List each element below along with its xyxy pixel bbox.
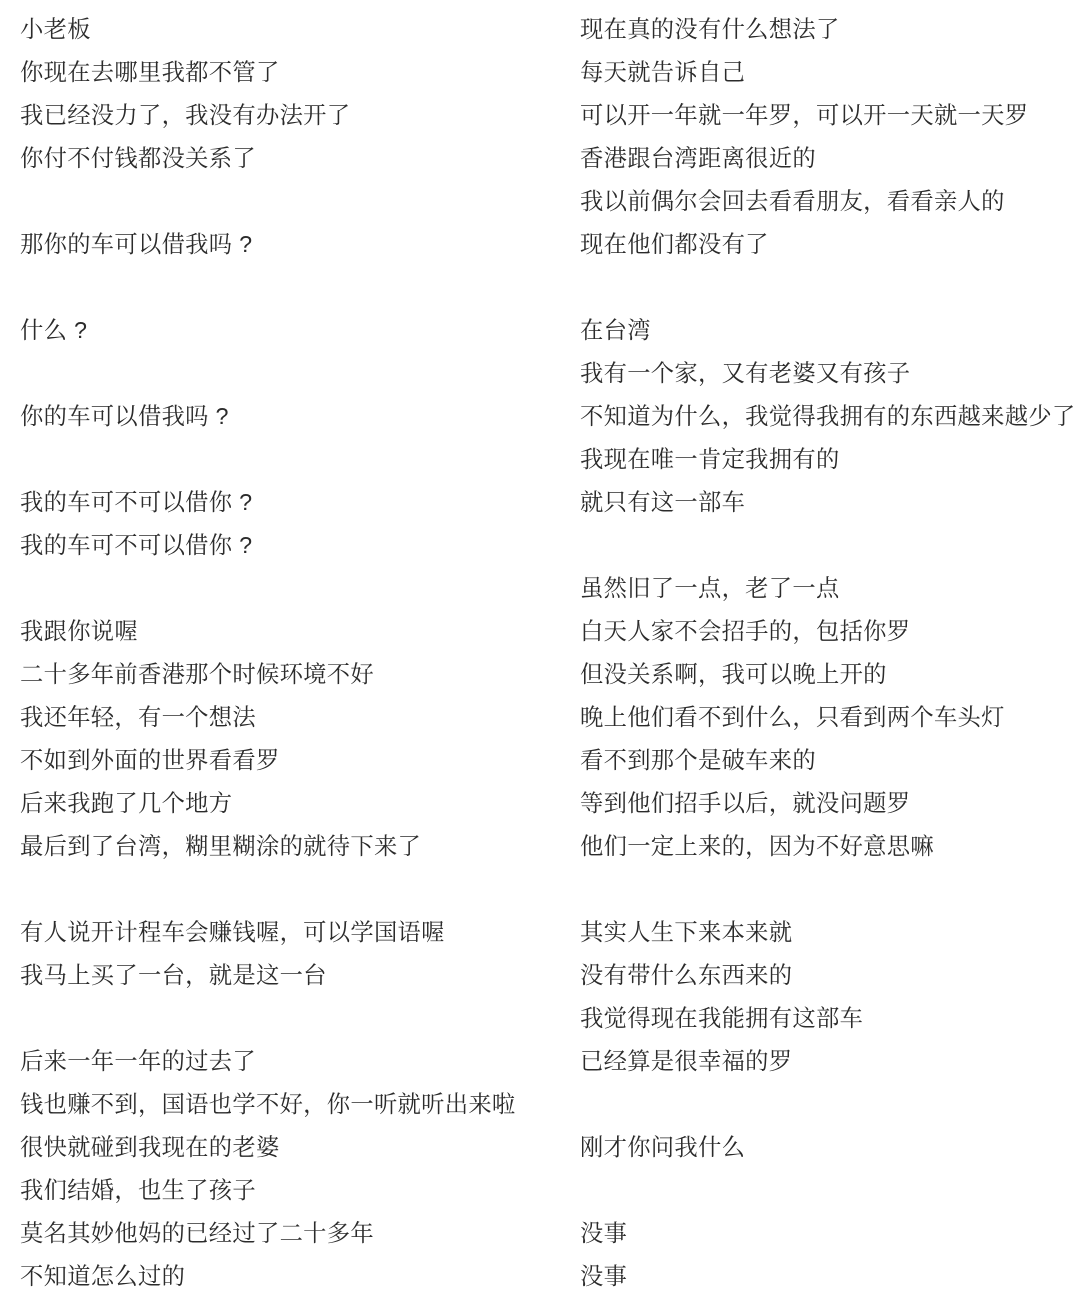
transcript-line: 莫名其妙他妈的已经过了二十多年 [20,1212,560,1255]
transcript-line: 很快就碰到我现在的老婆 [20,1126,560,1169]
transcript-line: 后来我跑了几个地方 [20,782,560,825]
transcript-line: 你付不付钱都没关系了 [20,137,560,180]
transcript-line: 没事 [580,1255,1080,1298]
transcript-line: 其实人生下来本来就 [580,911,1080,954]
transcript-line: 我马上买了一台，就是这一台 [20,954,560,997]
transcript-line [20,567,560,610]
transcript-line: 就只有这一部车 [580,481,1080,524]
transcript-line: 每天就告诉自己 [580,51,1080,94]
transcript-line: 我现在唯一肯定我拥有的 [580,438,1080,481]
transcript-line: 小老板 [20,8,560,51]
transcript-line: 不如到外面的世界看看罗 [20,739,560,782]
transcript-page: 小老板你现在去哪里我都不管了我已经没力了，我没有办法开了你付不付钱都没关系了那你… [0,0,1080,1308]
transcript-line: 我的车可不可以借你 ? [20,524,560,567]
transcript-line: 后来一年一年的过去了 [20,1040,560,1083]
transcript-line [20,868,560,911]
transcript-line: 可以开一年就一年罗，可以开一天就一天罗 [580,94,1080,137]
transcript-line: 晚上他们看不到什么，只看到两个车头灯 [580,696,1080,739]
transcript-line: 看不到那个是破车来的 [580,739,1080,782]
transcript-line: 没事 [580,1212,1080,1255]
transcript-line: 最后到了台湾，糊里糊涂的就待下来了 [20,825,560,868]
transcript-line: 什么 ? [20,309,560,352]
transcript-line: 没有带什么东西来的 [580,954,1080,997]
transcript-line: 我跟你说喔 [20,610,560,653]
transcript-line: 他们一定上来的，因为不好意思嘛 [580,825,1080,868]
transcript-line [20,266,560,309]
transcript-line: 你现在去哪里我都不管了 [20,51,560,94]
transcript-line: 我有一个家，又有老婆又有孩子 [580,352,1080,395]
transcript-line: 我已经没力了，我没有办法开了 [20,94,560,137]
transcript-line: 钱也赚不到，国语也学不好，你一听就听出来啦 [20,1083,560,1126]
transcript-line: 我还年轻，有一个想法 [20,696,560,739]
transcript-line: 有人说开计程车会赚钱喔，可以学国语喔 [20,911,560,954]
transcript-line: 不知道为什么，我觉得我拥有的东西越来越少了 [580,395,1080,438]
transcript-line: 但没关系啊，我可以晚上开的 [580,653,1080,696]
transcript-line [20,180,560,223]
transcript-line: 虽然旧了一点，老了一点 [580,567,1080,610]
transcript-line: 我觉得现在我能拥有这部车 [580,997,1080,1040]
transcript-line [580,1169,1080,1212]
transcript-line: 在台湾 [580,309,1080,352]
transcript-column-right: 现在真的没有什么想法了每天就告诉自己可以开一年就一年罗，可以开一天就一天罗香港跟… [580,8,1080,1298]
transcript-line: 我的车可不可以借你 ? [20,481,560,524]
transcript-line: 不知道怎么过的 [20,1255,560,1298]
transcript-line: 已经算是很幸福的罗 [580,1040,1080,1083]
transcript-line: 刚才你问我什么 [580,1126,1080,1169]
transcript-line [580,266,1080,309]
transcript-line: 我们结婚，也生了孩子 [20,1169,560,1212]
transcript-line: 白天人家不会招手的，包括你罗 [580,610,1080,653]
transcript-line [580,524,1080,567]
transcript-line: 你的车可以借我吗 ? [20,395,560,438]
transcript-line: 现在他们都没有了 [580,223,1080,266]
transcript-line: 我以前偶尔会回去看看朋友，看看亲人的 [580,180,1080,223]
transcript-line: 那你的车可以借我吗 ? [20,223,560,266]
transcript-column-left: 小老板你现在去哪里我都不管了我已经没力了，我没有办法开了你付不付钱都没关系了那你… [20,8,560,1298]
transcript-line [580,868,1080,911]
transcript-line [580,1083,1080,1126]
transcript-line [20,438,560,481]
transcript-line [20,997,560,1040]
transcript-line: 现在真的没有什么想法了 [580,8,1080,51]
transcript-line: 等到他们招手以后，就没问题罗 [580,782,1080,825]
transcript-line: 香港跟台湾距离很近的 [580,137,1080,180]
transcript-line: 二十多年前香港那个时候环境不好 [20,653,560,696]
transcript-line [20,352,560,395]
